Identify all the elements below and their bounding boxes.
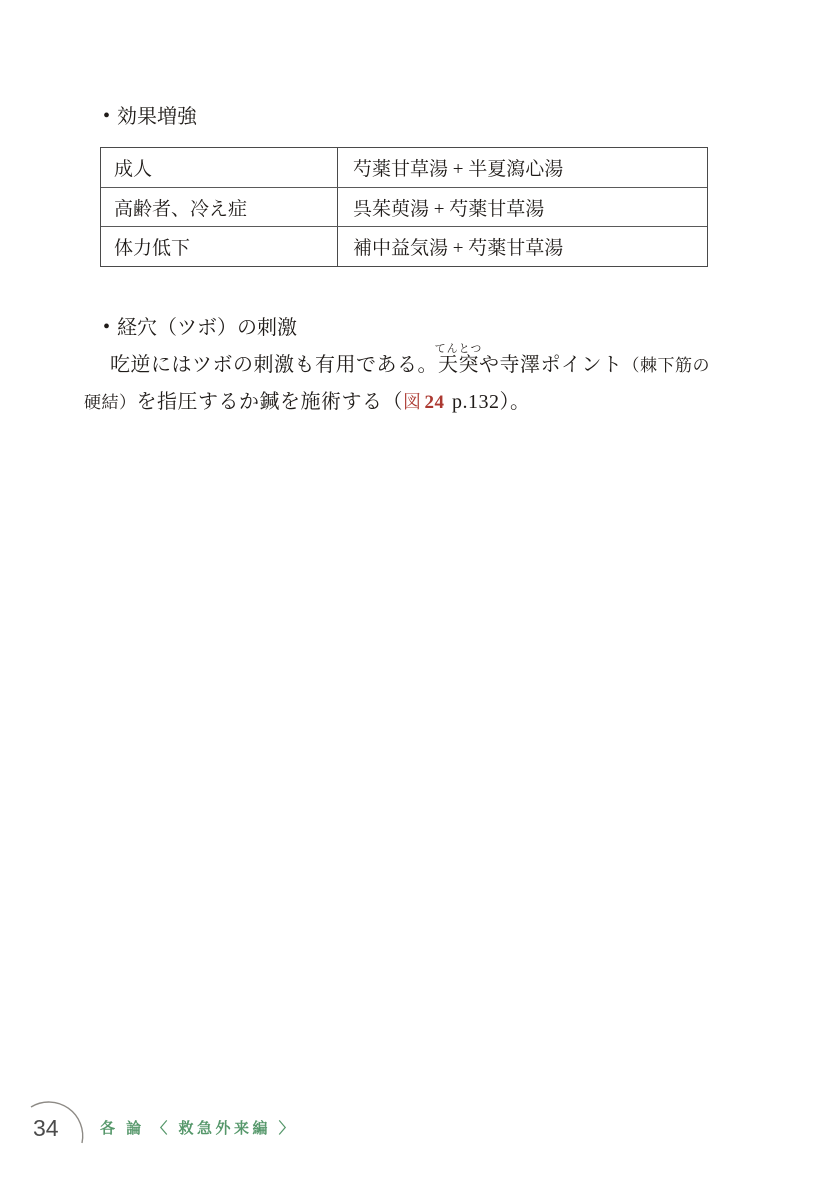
text-run: を指圧するか鍼を施術する（ xyxy=(137,391,404,413)
section-heading-tsubo-label: 経穴（ツボ）の刺激 xyxy=(117,318,297,338)
prescription-table: 成人 芍薬甘草湯 + 半夏瀉心湯 高齢者、冷え症 呉茱萸湯 + 芍薬甘草湯 体力… xyxy=(100,147,708,267)
table-cell-prescription: 芍薬甘草湯 + 半夏瀉心湯 xyxy=(338,148,707,187)
section-heading-effect: • 効果増強 xyxy=(103,107,197,127)
figure-reference-label: 図 xyxy=(403,392,422,412)
table-cell-prescription: 補中益気湯 + 芍薬甘草湯 xyxy=(338,227,707,266)
table-cell-prescription: 呉茱萸湯 + 芍薬甘草湯 xyxy=(338,188,707,227)
paragraph-line-2: 硬結）を指圧するか鍼を施術する（図24 p.132）。 xyxy=(84,389,531,416)
table-row: 体力低下 補中益気湯 + 芍薬甘草湯 xyxy=(101,226,707,266)
table-cell-target: 体力低下 xyxy=(101,227,338,266)
text-run-small: （棘下筋の xyxy=(623,356,711,375)
text-run-small: 硬結） xyxy=(84,393,137,412)
page-number: 34 xyxy=(33,1117,59,1140)
figure-reference-number: 24 xyxy=(425,392,445,413)
furigana-reading: てんとつ xyxy=(435,342,483,356)
table-row: 高齢者、冷え症 呉茱萸湯 + 芍薬甘草湯 xyxy=(101,187,707,227)
section-heading-tsubo: • 経穴（ツボ）の刺激 xyxy=(103,318,297,338)
table-cell-target: 高齢者、冷え症 xyxy=(101,188,338,227)
section-heading-effect-label: 効果増強 xyxy=(117,107,197,127)
paragraph-line-1: 吃逆にはツボの刺激も有用である。てんとつ天突や寺澤ポイント（棘下筋の xyxy=(110,352,710,378)
table-cell-target: 成人 xyxy=(101,148,338,187)
figure-page-reference: p.132）。 xyxy=(447,391,531,413)
footer-section-label: 各 論 〈 救急外来編 〉 xyxy=(100,1121,297,1136)
text-run: 吃逆にはツボの刺激も有用である。 xyxy=(110,354,438,376)
bullet-icon: • xyxy=(103,317,110,337)
text-run: や寺澤ポイント xyxy=(479,354,623,376)
bullet-icon: • xyxy=(103,106,110,126)
table-row: 成人 芍薬甘草湯 + 半夏瀉心湯 xyxy=(101,148,707,187)
ruby-tentotsu: てんとつ天突 xyxy=(438,352,479,378)
ruby-base-text: 天突 xyxy=(438,354,479,376)
